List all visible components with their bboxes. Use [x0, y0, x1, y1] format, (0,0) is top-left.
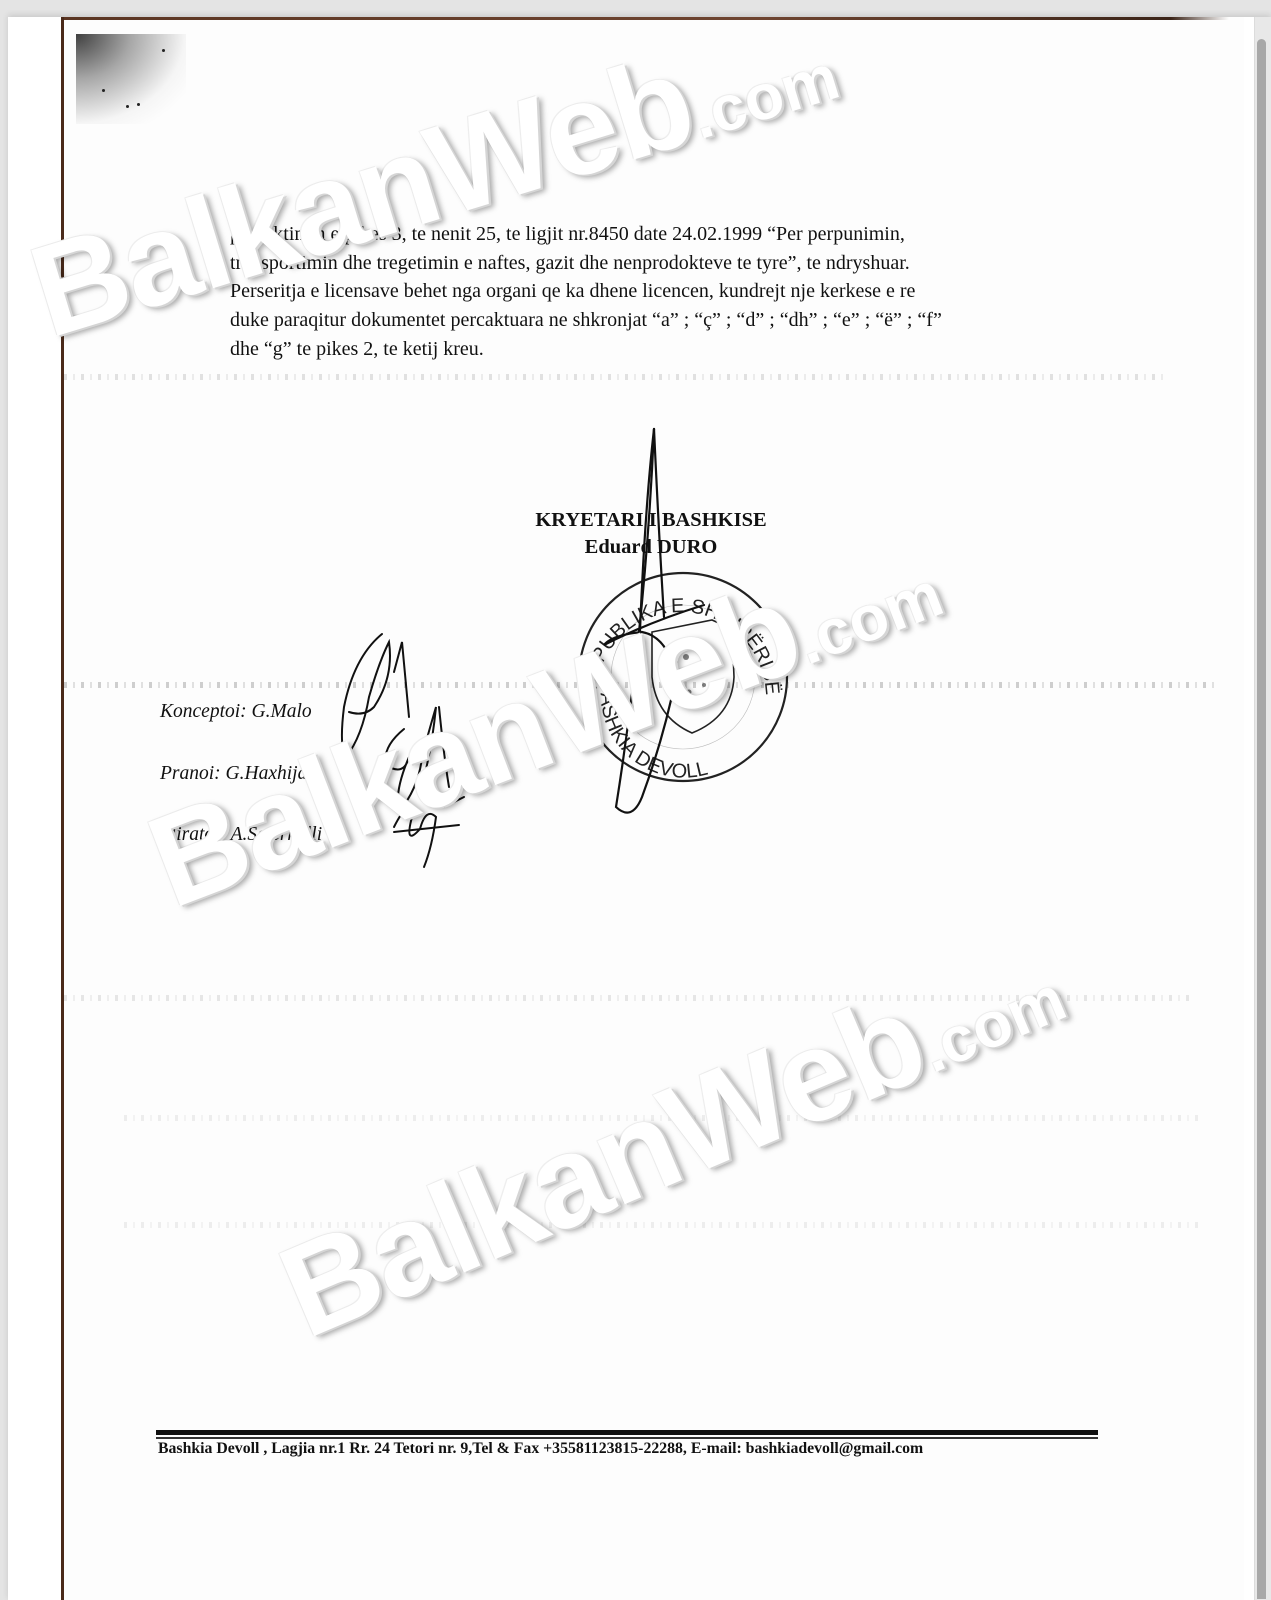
- scrollbar-thumb[interactable]: [1257, 39, 1266, 1599]
- footer-contact-info: Bashkia Devoll , Lagjia nr.1 Rr. 24 Teto…: [158, 1440, 1103, 1458]
- stamp-and-signatures: -REPUBLIKA E SHQIPËRISË- BASHKIA DEVOLL: [64, 17, 1244, 1600]
- footer-rule: [156, 1430, 1098, 1435]
- scanned-page: percaktimin e pikes 3, te nenit 25, te l…: [61, 17, 1244, 1600]
- stamp-top-text: -REPUBLIKA E SHQIPËRISË-: [64, 17, 783, 697]
- vertical-scrollbar[interactable]: [1254, 17, 1271, 1600]
- official-stamp: -REPUBLIKA E SHQIPËRISË- BASHKIA DEVOLL: [64, 17, 787, 783]
- approver-signatures: [342, 634, 464, 867]
- footer-rule-thin: [156, 1437, 1098, 1439]
- document-viewer: percaktimin e pikes 3, te nenit 25, te l…: [8, 17, 1271, 1600]
